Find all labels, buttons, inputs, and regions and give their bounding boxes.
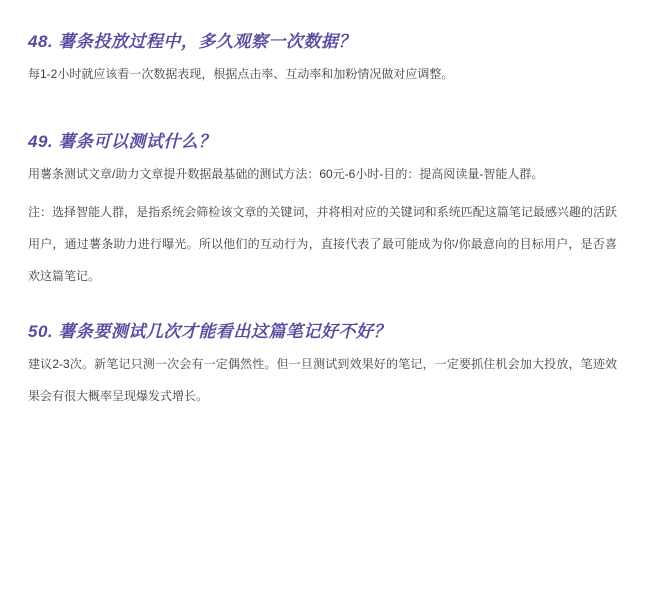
faq-paragraph: 每1-2小时就应该看一次数据表现，根据点击率、互动率和加粉情况做对应调整。 [28, 58, 617, 90]
faq-paragraph: 建议2-3次。新笔记只测一次会有一定偶然性。但一旦测试到效果好的笔记，一定要抓住… [28, 348, 617, 412]
faq-section-48: 48. 薯条投放过程中，多久观察一次数据？ 每1-2小时就应该看一次数据表现，根… [28, 30, 617, 90]
faq-paragraph: 用薯条测试文章/助力文章提升数据最基础的测试方法：60元-6小时-目的：提高阅读… [28, 158, 617, 190]
faq-heading-49: 49. 薯条可以测试什么？ [28, 130, 617, 154]
faq-paragraph-note: 注：选择智能人群，是指系统会筛检该文章的关键词，并将相对应的关键词和系统匹配这篇… [28, 196, 617, 292]
faq-section-49: 49. 薯条可以测试什么？ 用薯条测试文章/助力文章提升数据最基础的测试方法：6… [28, 130, 617, 292]
faq-heading-48: 48. 薯条投放过程中，多久观察一次数据？ [28, 30, 617, 54]
faq-section-50: 50. 薯条要测试几次才能看出这篇笔记好不好？ 建议2-3次。新笔记只测一次会有… [28, 320, 617, 412]
faq-heading-50: 50. 薯条要测试几次才能看出这篇笔记好不好？ [28, 320, 617, 344]
faq-document-page: 48. 薯条投放过程中，多久观察一次数据？ 每1-2小时就应该看一次数据表现，根… [0, 0, 645, 610]
